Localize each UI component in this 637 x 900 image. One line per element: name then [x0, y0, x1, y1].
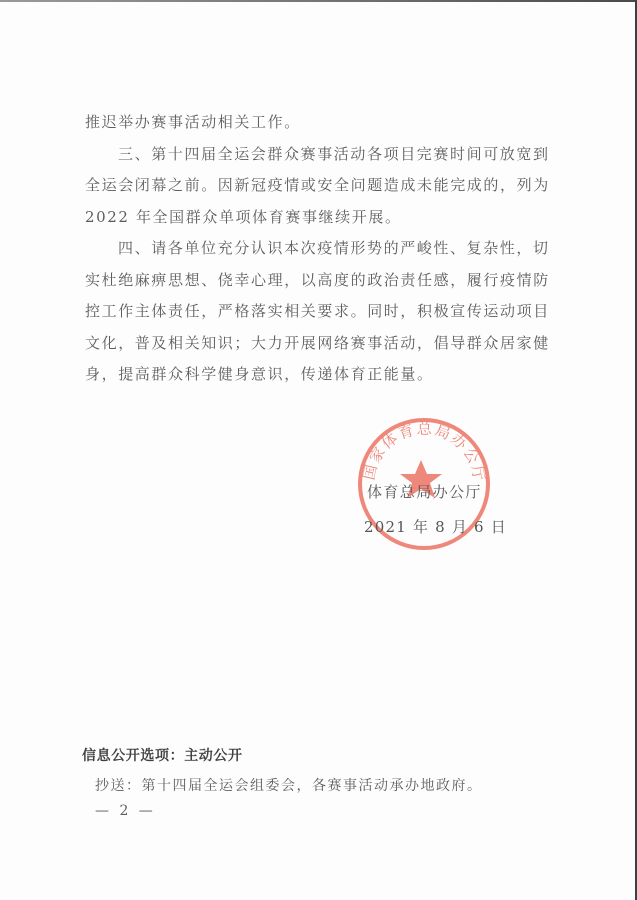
body-line: 身，提高群众科学健身意识，传递体育正能量。	[85, 359, 555, 391]
body-line: 控工作主体责任，严格落实相关要求。同时，积极宣传运动项目	[85, 296, 555, 328]
body-line: 文化，普及相关知识；大力开展网络赛事活动，倡导群众居家健	[85, 328, 555, 360]
disclosure-option: 信息公开选项：主动公开	[82, 745, 243, 765]
body-line: 全运会闭幕之前。因新冠疫情或安全问题造成未能完成的，列为	[85, 170, 555, 202]
issue-date: 2021 年 8 月 6 日	[364, 516, 507, 537]
body-line: 2022 年全国群众单项体育赛事继续开展。	[85, 202, 555, 234]
body-line: 推迟举办赛事活动相关工作。	[85, 107, 555, 139]
body-line: 三、第十四届全运会群众赛事活动各项目完赛时间可放宽到	[85, 139, 555, 171]
page-number: — 2 —	[95, 803, 156, 819]
body-line: 四、请各单位充分认识本次疫情形势的严峻性、复杂性，切	[85, 233, 555, 265]
document-body: 推迟举办赛事活动相关工作。 三、第十四届全运会群众赛事活动各项目完赛时间可放宽到…	[85, 107, 555, 391]
body-line: 实杜绝麻痹思想、侥幸心理，以高度的政治责任感，履行疫情防	[85, 265, 555, 297]
issuer-signature: 体育总局办公厅	[367, 481, 482, 502]
scan-edge-top	[0, 0, 637, 2]
cc-recipients: 抄送：第十四届全运会组委会，各赛事活动承办地政府。	[95, 775, 483, 795]
